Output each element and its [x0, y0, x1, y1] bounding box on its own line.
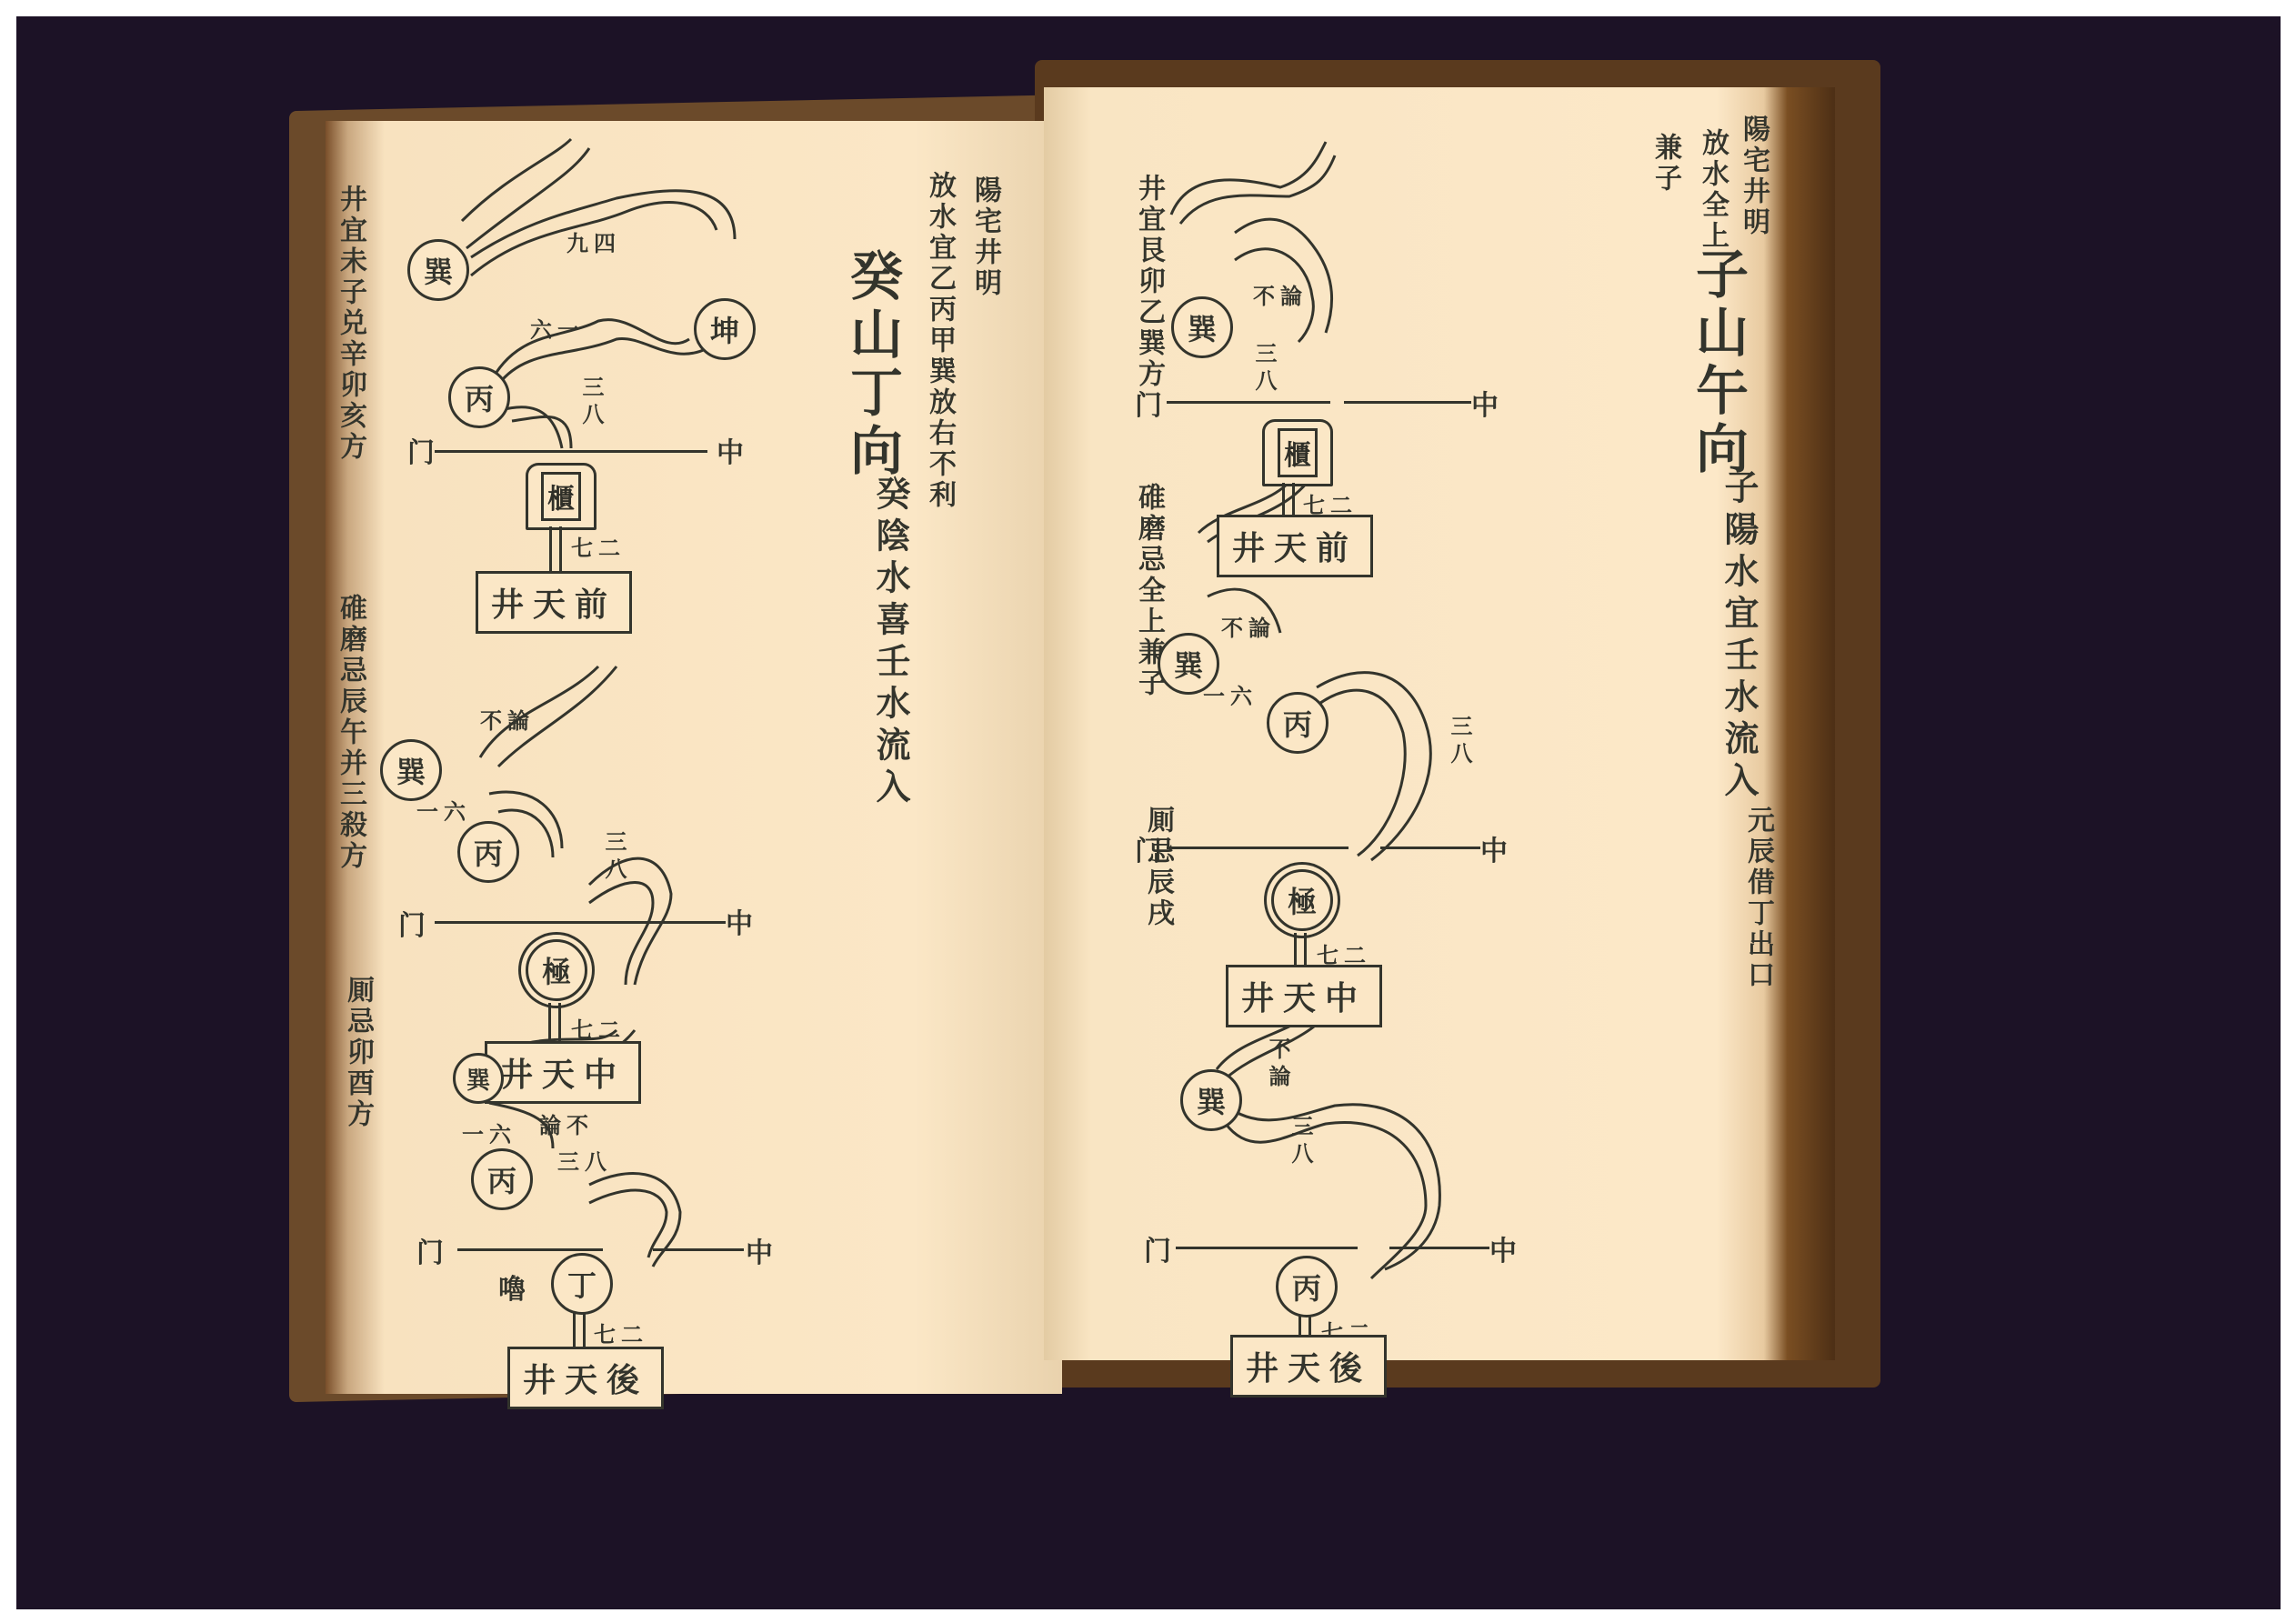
well-box: 井天中: [485, 1041, 641, 1104]
number-label: 不論: [1262, 1037, 1294, 1092]
node-bing: 丙: [448, 366, 510, 428]
stem: [573, 1312, 586, 1348]
stem: [549, 526, 562, 572]
axis-line: [1167, 847, 1349, 849]
stem: [1294, 933, 1307, 969]
gate-right: 中: [1489, 1228, 1517, 1268]
gate-right: 中: [1480, 828, 1508, 868]
extra-label: 嚕: [498, 1267, 526, 1307]
gate-left: 门: [1135, 828, 1162, 868]
center-cabinet: 櫃: [526, 463, 597, 530]
number-label: 九四: [566, 225, 621, 257]
number-label: 三八: [557, 1144, 612, 1176]
number-label: 不論: [480, 703, 535, 735]
stem-number: 七二: [571, 1012, 626, 1044]
right-header: 陽宅井明: [1740, 115, 1767, 238]
gate-left: 门: [407, 430, 435, 470]
well-box: 井天前: [1217, 515, 1373, 577]
center-ji: 極: [1271, 869, 1333, 931]
node-bing: 丙: [457, 821, 519, 883]
node-xun: 巽: [453, 1053, 504, 1104]
node-xun: 巽: [1171, 296, 1233, 358]
left-page: 陽宅井明 放水宜乙丙甲巽放右不利 癸山丁向 癸陰水喜壬水流入 井宜未子兑辛卯亥方…: [326, 121, 1062, 1394]
axis-line: [435, 921, 726, 924]
axis-line: [1344, 401, 1471, 404]
number-label: 不論: [1221, 610, 1276, 642]
gate-right: 中: [1471, 383, 1499, 423]
stem-number: 七二: [594, 1317, 648, 1348]
node-bing: 丙: [471, 1148, 533, 1210]
left-header: 陽宅井明: [971, 175, 998, 299]
number-label: 一六: [462, 1117, 516, 1148]
center-bing: 丙: [1276, 1256, 1338, 1317]
axis-line: [653, 1248, 744, 1251]
left-side-note-well: 井宜未子兑辛卯亥方: [336, 185, 364, 463]
well-box: 井天中: [1226, 965, 1382, 1027]
center-ji: 極: [526, 939, 587, 1001]
scan-background: 陽宅井明 放水宜乙丙甲巽放右不利 癸山丁向 癸陰水喜壬水流入 井宜未子兑辛卯亥方…: [16, 16, 2281, 1609]
node-xun: 巽: [1180, 1069, 1242, 1131]
gate-right: 中: [726, 901, 753, 941]
axis-line: [1167, 401, 1330, 404]
left-subtitle: 癸陰水喜壬水流入: [873, 476, 907, 810]
axis-line: [457, 1248, 603, 1251]
number-label: 三八: [576, 376, 607, 430]
well-box: 井天後: [507, 1347, 664, 1409]
gate-left: 门: [1135, 383, 1162, 423]
gate-right: 中: [746, 1230, 773, 1270]
well-box: 井天後: [1230, 1335, 1387, 1398]
axis-line: [1176, 1247, 1358, 1249]
right-water-note: 放水全上: [1699, 128, 1726, 252]
node-kun: 坤: [694, 298, 756, 360]
open-book: 陽宅井明 放水宜乙丙甲巽放右不利 癸山丁向 癸陰水喜壬水流入 井宜未子兑辛卯亥方…: [289, 53, 1880, 1417]
stem: [548, 1003, 561, 1044]
number-label: 三八: [1444, 715, 1476, 769]
right-subtitle: 子陽水宜壬水流入: [1721, 469, 1756, 804]
right-page: 陽宅井明 放水全上 兼子 子山午向 子陽水宜壬水流入 元辰借丁出口 井宜艮卯乙巽…: [1044, 87, 1835, 1360]
right-end-note: 元辰借丁出口: [1744, 806, 1771, 991]
gate-left: 门: [1144, 1228, 1171, 1268]
stem: [1282, 483, 1295, 519]
center-cabinet: 櫃: [1262, 419, 1333, 486]
center-ding: 丁: [551, 1253, 613, 1315]
stem-number: 七二: [571, 530, 626, 562]
left-water-note: 放水宜乙丙甲巽放右不利: [926, 171, 953, 511]
gate-left: 门: [398, 903, 426, 943]
right-side-note-well: 井宜艮卯乙巽方: [1135, 174, 1162, 390]
number-label: 三八: [598, 830, 630, 885]
right-title: 子山午向: [1691, 246, 1744, 479]
axis-line: [1380, 847, 1480, 849]
right-water-note-2: 兼子: [1651, 133, 1679, 195]
node-xun: 巽: [407, 239, 469, 301]
left-title: 癸山丁向: [846, 248, 898, 481]
gate-right: 中: [717, 430, 744, 470]
left-side-note-toilet: 厠忌卯酉方: [344, 976, 371, 1130]
number-label: 三八: [1285, 1115, 1317, 1169]
axis-line: [1389, 1247, 1489, 1249]
well-box: 井天前: [476, 571, 632, 634]
gate-left: 门: [416, 1230, 444, 1270]
axis-line: [435, 450, 707, 453]
center-label: 櫃: [541, 472, 581, 521]
number-label: 一六: [1203, 678, 1258, 710]
number-label: 不論: [1253, 278, 1308, 310]
center-label: 櫃: [1278, 428, 1318, 477]
number-label: 六一: [530, 312, 585, 344]
number-label: 三八: [1248, 342, 1280, 396]
number-label: 一六: [416, 794, 471, 826]
node-xun: 巽: [380, 739, 442, 801]
left-side-note-mill: 碓磨忌辰午并三殺方: [336, 594, 364, 872]
node-bing: 丙: [1267, 692, 1328, 754]
number-label: 論不: [539, 1107, 594, 1139]
